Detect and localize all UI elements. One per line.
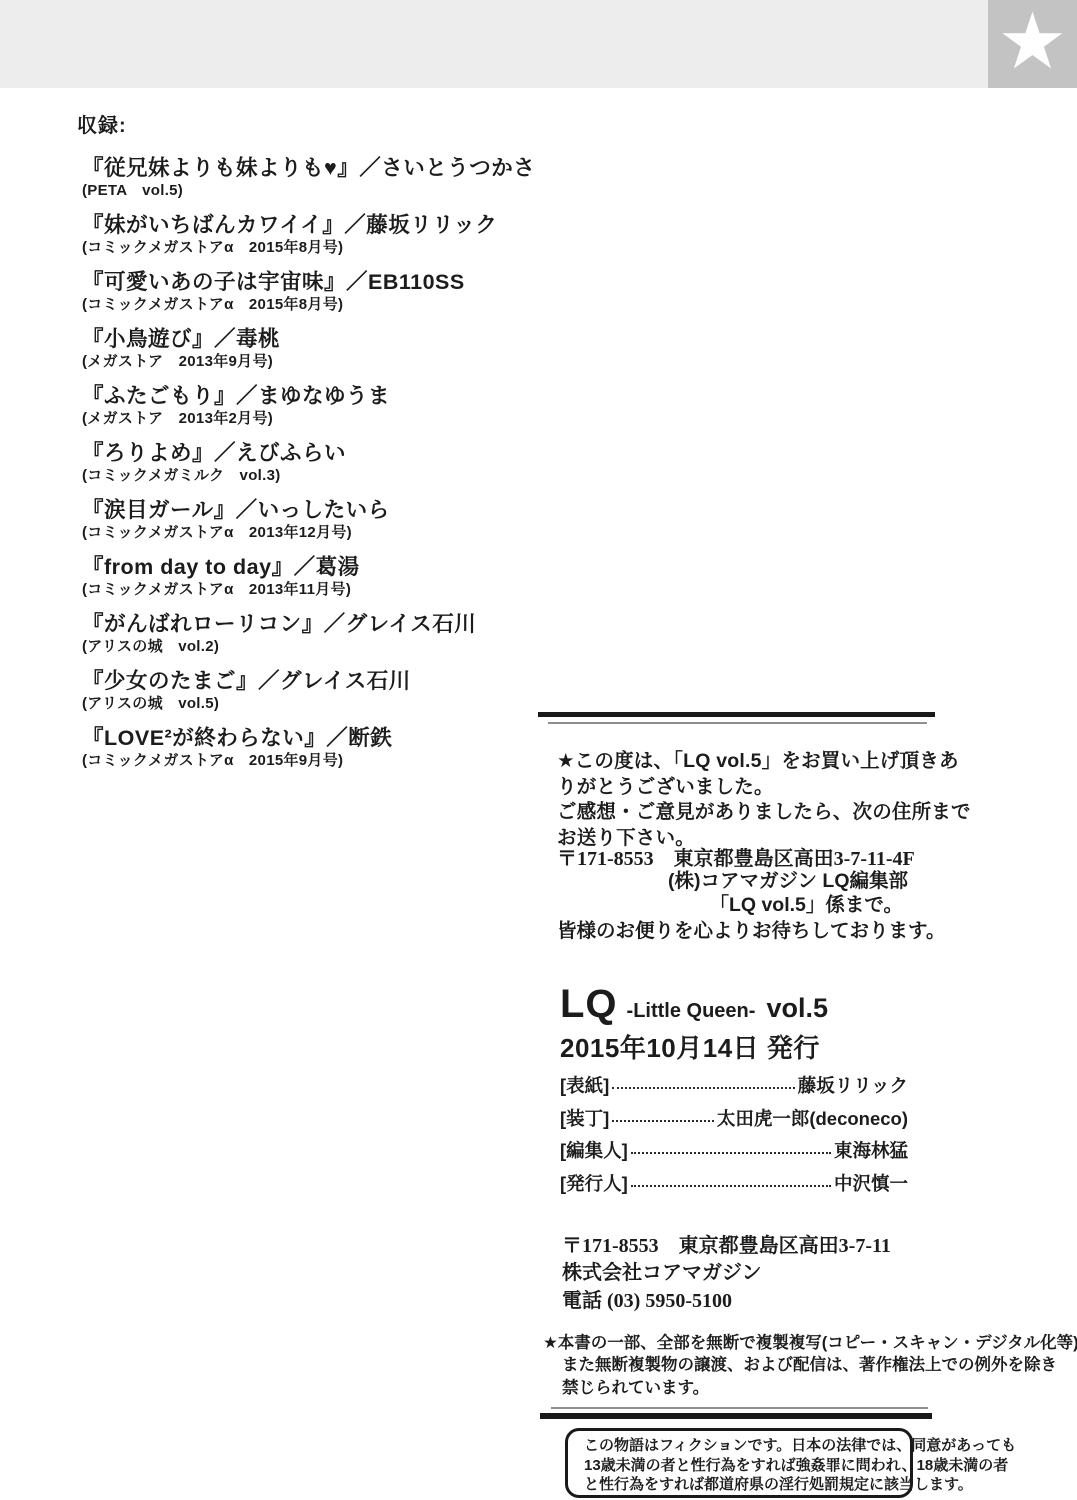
entry-title: 『涙目ガール』／いっしたいら [82, 497, 552, 523]
contents-entry: 『LOVE²が終わらない』／断鉄 (コミックメガストアα 2015年9月号) [77, 725, 552, 771]
entry-source: (メガストア 2013年9月号) [82, 352, 552, 372]
editorial-attention-line: 「LQ vol.5」係まで。 [538, 893, 903, 918]
entry-source: (コミックメガミルク vol.3) [82, 466, 552, 486]
closing-line: 皆様のお便りを心よりお待ちしております。 [557, 919, 935, 944]
entry-source: (コミックメガストアα 2015年9月号) [82, 751, 552, 771]
dot-leader [631, 1139, 831, 1154]
copyright-notice: ★本書の一部、全部を無断で複製複写(コピー・スキャン・デジタル化等) また無断複… [543, 1332, 935, 1399]
entry-source: (メガストア 2013年2月号) [82, 409, 552, 429]
publication-date: 2015年10月14日 発行 [560, 1028, 820, 1065]
colophon-column: ★この度は、「LQ vol.5」をお買い上げ頂きあ りがとうございました。 ご感… [538, 0, 935, 1500]
thanks-message: ★この度は、「LQ vol.5」をお買い上げ頂きあ りがとうございました。 ご感… [557, 749, 929, 851]
publisher-phone: 電話 (03) 5950-5100 [562, 1288, 932, 1315]
credits-row: [編集人] 東海林猛 [560, 1139, 908, 1172]
credits-row: [表紙] 藤坂リリック [560, 1074, 908, 1107]
publication-title: LQ -Little Queen- vol.5 [560, 982, 930, 1027]
divider-bottom-thin [551, 1407, 928, 1409]
dot-leader [612, 1074, 794, 1089]
entry-title: 『ろりよめ』／えびふらい [82, 440, 552, 466]
contents-entry: 『少女のたまご』／グレイス石川 (アリスの城 vol.5) [77, 668, 552, 714]
entry-title: 『妹がいちばんカワイイ』／藤坂リリック [82, 212, 552, 238]
contents-entry: 『可愛いあの子は宇宙味』／EB110SS (コミックメガストアα 2015年8月… [77, 269, 552, 315]
divider-top-thin [548, 722, 927, 724]
entry-source: (アリスの城 vol.2) [82, 637, 552, 657]
entry-title: 『from day to day』／葛湯 [82, 554, 552, 580]
entry-title: 『がんばれローリコン』／グレイス石川 [82, 611, 552, 637]
thanks-line: ★この度は、「LQ vol.5」をお買い上げ頂きあ [557, 749, 929, 775]
entry-source: (コミックメガストアα 2015年8月号) [82, 238, 552, 258]
editorial-department: (株)コアマガジン LQ編集部 [538, 869, 908, 894]
disclaimer-line: この物語はフィクションです。日本の法律では、同意があっても [584, 1436, 896, 1456]
credit-label: [装丁] [560, 1107, 609, 1131]
entry-source: (コミックメガストアα 2013年12月号) [82, 523, 552, 543]
disclaimer-line: 13歳未満の者と性行為をすれば強姦罪に問われ、18歳未満の者 [584, 1456, 896, 1476]
colophon-page: ★ 収録: 『従兄妹よりも妹よりも♥』／さいとうつかさ (PETA vol.5)… [0, 0, 1077, 1500]
credit-name: 藤坂リリック [798, 1074, 908, 1098]
contents-entry: 『小鳥遊び』／毒桃 (メガストア 2013年9月号) [77, 326, 552, 372]
entry-title: 『可愛いあの子は宇宙味』／EB110SS [82, 269, 552, 295]
credits-row: [装丁] 太田虎一郎(deconeco) [560, 1107, 908, 1140]
dot-leader [631, 1172, 831, 1187]
credits-list: [表紙] 藤坂リリック [装丁] 太田虎一郎(deconeco) [編集人] 東… [560, 1074, 908, 1204]
contents-heading: 収録: [77, 113, 552, 139]
credits-row: [発行人] 中沢慎一 [560, 1172, 908, 1205]
entry-source: (コミックメガストアα 2013年11月号) [82, 580, 552, 600]
disclaimer-line: と性行為をすれば都道府県の淫行処罰規定に該当します。 [584, 1475, 896, 1495]
entry-title: 『小鳥遊び』／毒桃 [82, 326, 552, 352]
entry-source: (アリスの城 vol.5) [82, 694, 552, 714]
contents-entry: 『涙目ガール』／いっしたいら (コミックメガストアα 2013年12月号) [77, 497, 552, 543]
credit-label: [表紙] [560, 1074, 609, 1098]
star-icon: ★ [998, 0, 1068, 85]
contents-entry: 『from day to day』／葛湯 (コミックメガストアα 2013年11… [77, 554, 552, 600]
fiction-disclaimer-box: この物語はフィクションです。日本の法律では、同意があっても 13歳未満の者と性行… [565, 1428, 913, 1498]
divider-top-thick [538, 712, 935, 717]
entry-source: (コミックメガストアα 2015年8月号) [82, 295, 552, 315]
star-corner-box: ★ [988, 0, 1077, 88]
editorial-postal-address: 〒171-8553 東京都豊島区高田3-7-11-4F [557, 847, 929, 871]
contents-entry: 『従兄妹よりも妹よりも♥』／さいとうつかさ (PETA vol.5) [77, 155, 552, 201]
publisher-postal: 〒171-8553 東京都豊島区高田3-7-11 [562, 1233, 932, 1260]
copyright-line: また無断複製物の譲渡、および配信は、著作権法上での例外を除き [562, 1354, 935, 1376]
entry-title: 『LOVE²が終わらない』／断鉄 [82, 725, 552, 751]
contents-list: 収録: 『従兄妹よりも妹よりも♥』／さいとうつかさ (PETA vol.5) 『… [77, 113, 552, 782]
entry-title: 『ふたごもり』／まゆなゆうま [82, 383, 552, 409]
entry-title: 『少女のたまご』／グレイス石川 [82, 668, 552, 694]
copyright-line: ★本書の一部、全部を無断で複製複写(コピー・スキャン・デジタル化等) [543, 1332, 935, 1354]
credit-name: 太田虎一郎(deconeco) [717, 1107, 908, 1131]
credit-label: [発行人] [560, 1172, 628, 1196]
publisher-block: 〒171-8553 東京都豊島区高田3-7-11 株式会社コアマガジン 電話 (… [562, 1233, 932, 1315]
credit-label: [編集人] [560, 1139, 628, 1163]
publisher-company: 株式会社コアマガジン [562, 1260, 932, 1287]
divider-bottom-thick [540, 1413, 932, 1419]
contents-entry: 『ふたごもり』／まゆなゆうま (メガストア 2013年2月号) [77, 383, 552, 429]
credit-name: 東海林猛 [834, 1139, 908, 1163]
credit-name: 中沢慎一 [834, 1172, 908, 1196]
thanks-line: りがとうございました。 [557, 775, 929, 801]
copyright-line: 禁じられています。 [562, 1377, 935, 1399]
contents-entry: 『妹がいちばんカワイイ』／藤坂リリック (コミックメガストアα 2015年8月号… [77, 212, 552, 258]
publication-logo: LQ [560, 982, 618, 1027]
contents-entry: 『がんばれローリコン』／グレイス石川 (アリスの城 vol.2) [77, 611, 552, 657]
entry-title: 『従兄妹よりも妹よりも♥』／さいとうつかさ [82, 155, 552, 181]
thanks-line: ご感想・ご意見がありましたら、次の住所まで [557, 800, 929, 826]
publication-volume: vol.5 [766, 993, 828, 1024]
dot-leader [612, 1107, 713, 1122]
entry-source: (PETA vol.5) [82, 181, 552, 201]
publication-subtitle: -Little Queen- [627, 1000, 756, 1023]
contents-entry: 『ろりよめ』／えびふらい (コミックメガミルク vol.3) [77, 440, 552, 486]
